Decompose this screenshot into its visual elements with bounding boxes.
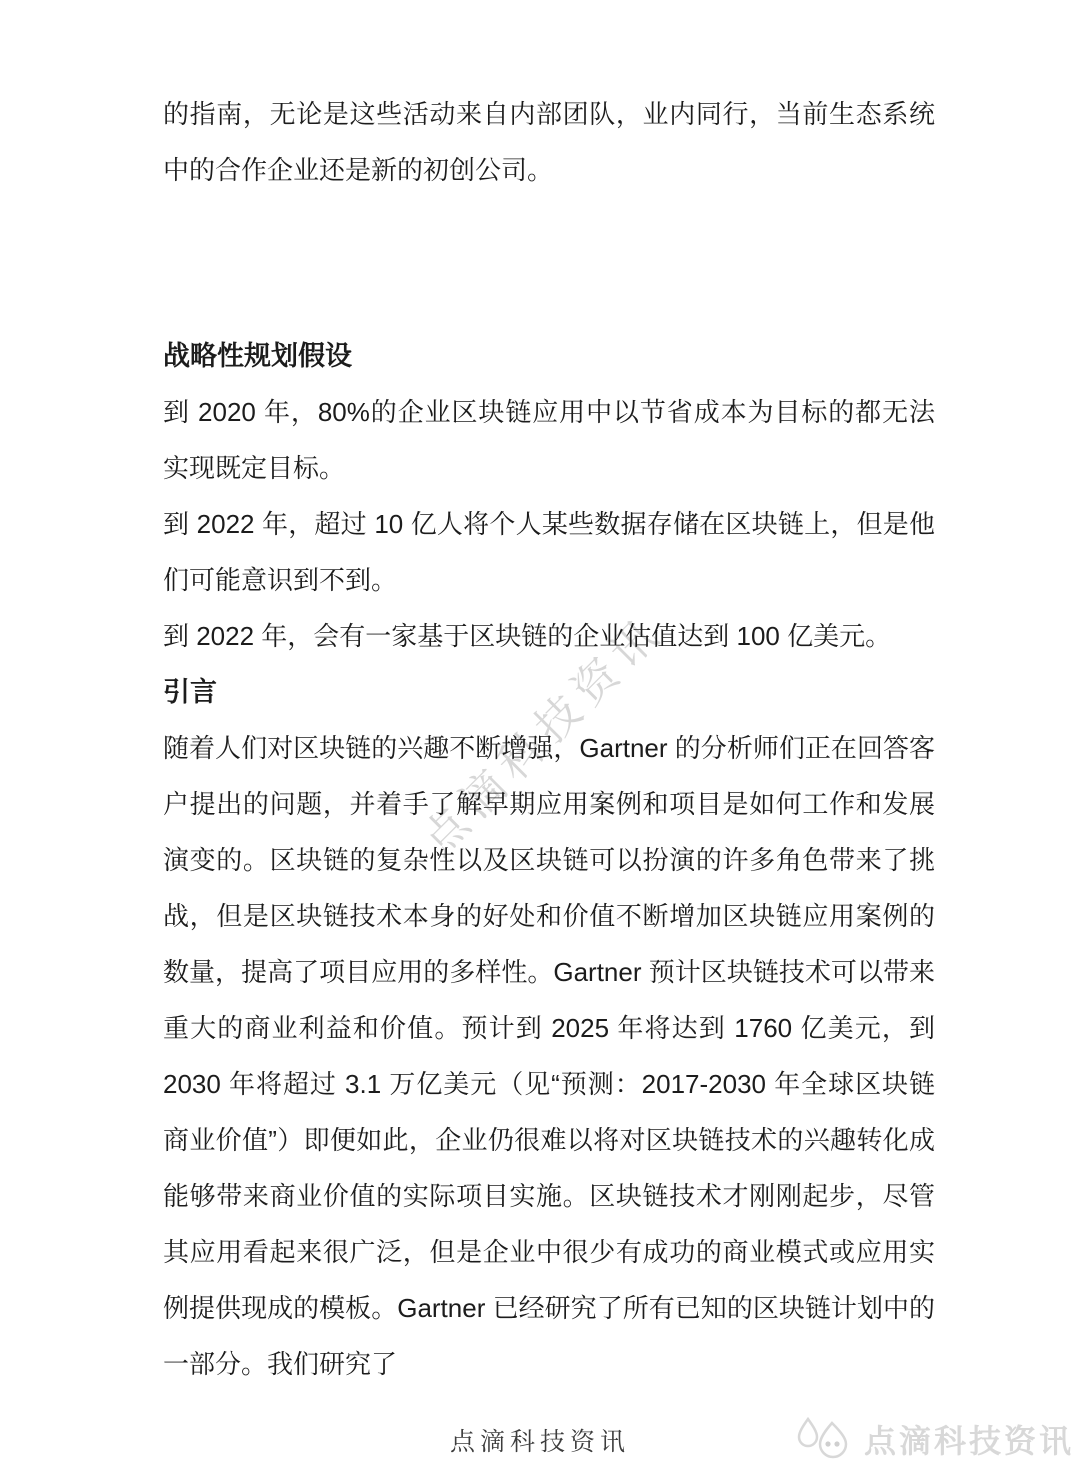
paragraph-assumption-2022-valuation: 到 2022 年，会有一家基于区块链的企业估值达到 100 亿美元。 bbox=[163, 608, 935, 664]
heading-introduction: 引言 bbox=[163, 664, 935, 720]
brand-text: 点滴科技资讯 bbox=[864, 1416, 1074, 1462]
brand-watermark: 点滴科技资讯 bbox=[794, 1413, 1074, 1465]
heading-strategic-planning: 战略性规划假设 bbox=[163, 328, 935, 384]
paragraph-assumption-2022-data: 到 2022 年，超过 10 亿人将个人某些数据存储在区块链上，但是他们可能意识… bbox=[163, 496, 935, 608]
droplets-logo-icon bbox=[794, 1413, 858, 1465]
paragraph-assumption-2020: 到 2020 年，80%的企业区块链应用中以节省成本为目标的都无法实现既定目标。 bbox=[163, 384, 935, 496]
paragraph-intro-fragment: 的指南，无论是这些活动来自内部团队，业内同行，当前生态系统中的合作企业还是新的初… bbox=[163, 86, 935, 198]
paragraph-introduction-body: 随着人们对区块链的兴趣不断增强，Gartner 的分析师们正在回答客户提出的问题… bbox=[163, 720, 935, 1392]
document-body: 的指南，无论是这些活动来自内部团队，业内同行，当前生态系统中的合作企业还是新的初… bbox=[163, 86, 935, 1392]
document-page: 点滴科技资讯 的指南，无论是这些活动来自内部团队，业内同行，当前生态系统中的合作… bbox=[0, 0, 1080, 1467]
